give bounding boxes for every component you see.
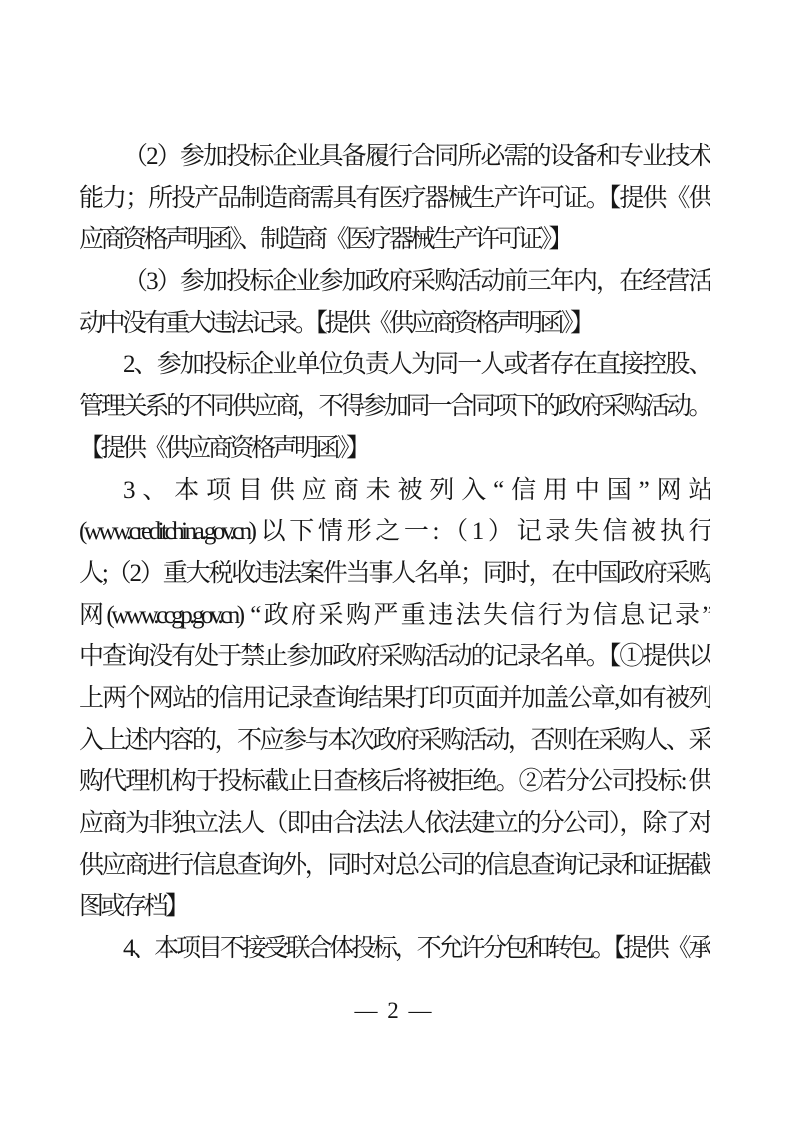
document-page: （2）参加投标企业具备履行合同所必需的设备和专业技术 能力；所投产品制造商需具有… bbox=[0, 0, 788, 1121]
text-line: 管理关系的不同供应商，不得参加同一合同项下的政府采购活动。 bbox=[79, 386, 710, 428]
page-number: — 2 — bbox=[0, 998, 788, 1024]
text-line: 2、参加投标企业单位负责人为同一人或者存在直接控股、 bbox=[79, 344, 710, 386]
text-line: 入上述内容的，不应参与本次政府采购活动，否则在采购人、采 bbox=[79, 720, 710, 762]
text-line: 应商为非独立法人（即由合法法人依法建立的分公司），除了对 bbox=[79, 803, 710, 845]
text-line: 3、本项目供应商未被列入“信用中国”网站 bbox=[79, 470, 710, 512]
text-line: 【提供《供应商资格声明函》】 bbox=[79, 428, 710, 470]
text-line: 4、本项目不接受联合体投标，不允许分包和转包。【提供《承 bbox=[79, 928, 710, 970]
text-line: 动中没有重大违法记录。【提供《供应商资格声明函》】 bbox=[79, 303, 710, 345]
document-body: （2）参加投标企业具备履行合同所必需的设备和专业技术 能力；所投产品制造商需具有… bbox=[79, 136, 710, 970]
text-line: 图或存档】 bbox=[79, 886, 710, 928]
text-line: 供应商进行信息查询外，同时对总公司的信息查询记录和证据截 bbox=[79, 845, 710, 887]
text-line: （2）参加投标企业具备履行合同所必需的设备和专业技术 bbox=[79, 136, 710, 178]
text-line: (www.creditchina.gov.cn)以下情形之一:（1）记录失信被执… bbox=[79, 511, 710, 553]
text-line: 应商资格声明函》、制造商《医疗器械生产许可证》】 bbox=[79, 219, 710, 261]
text-line: 上两个网站的信用记录查询结果打印页面并加盖公章,如有被列 bbox=[79, 678, 710, 720]
text-line: 中查询没有处于禁止参加政府采购活动的记录名单。【①提供以 bbox=[79, 636, 710, 678]
text-line: 网(www.ccgp.gov.cn) “政府采购严重违法失信行为信息记录” bbox=[79, 595, 710, 637]
text-line: 人;（2）重大税收违法案件当事人名单；同时，在中国政府采购 bbox=[79, 553, 710, 595]
text-line: （3）参加投标企业参加政府采购活动前三年内，在经营活 bbox=[79, 261, 710, 303]
text-line: 购代理机构于投标截止日查核后将被拒绝。②若分公司投标: 供 bbox=[79, 761, 710, 803]
text-line: 能力；所投产品制造商需具有医疗器械生产许可证。【提供《供 bbox=[79, 178, 710, 220]
